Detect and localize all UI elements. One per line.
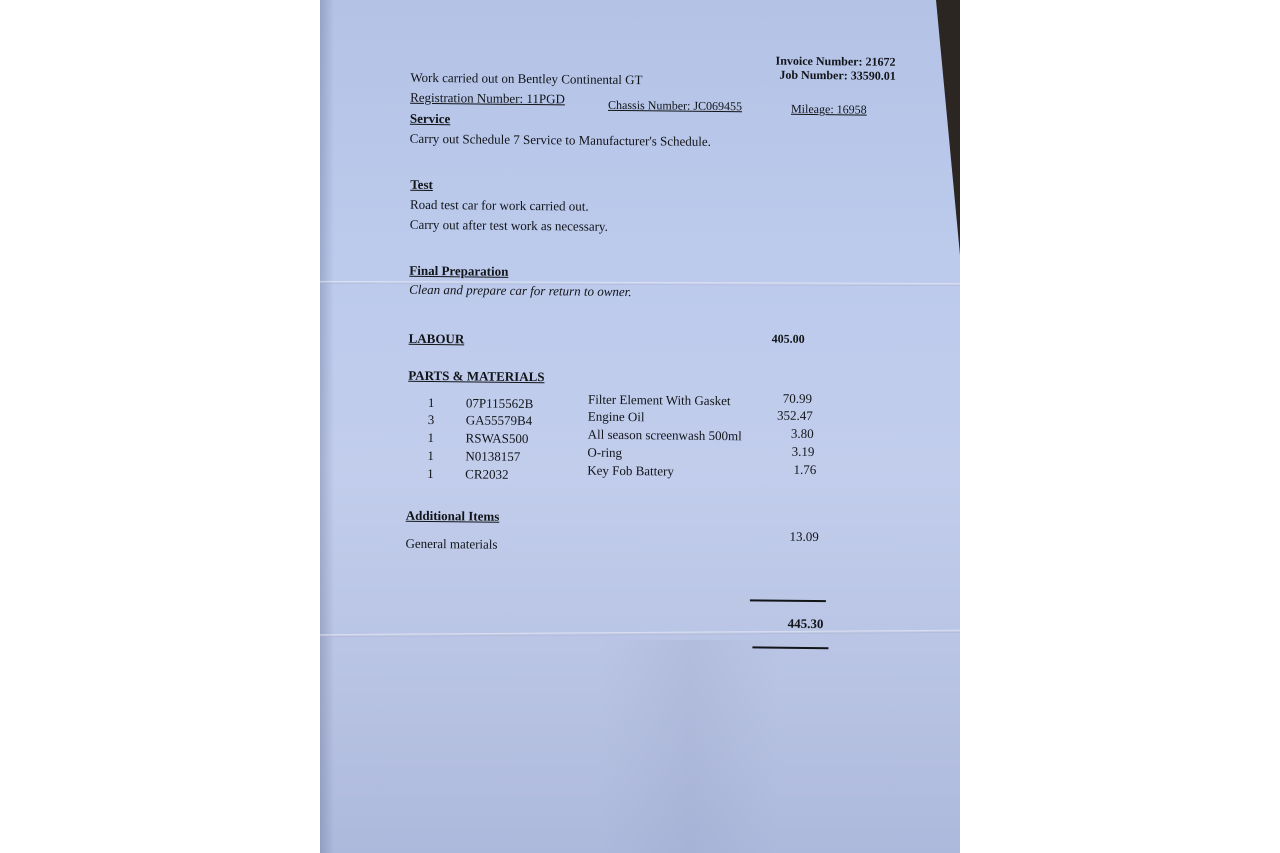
additional-item-description: General materials [405, 536, 497, 552]
total-rule-bottom [752, 646, 828, 649]
part-number: RSWAS500 [466, 430, 529, 446]
part-description: O-ring [587, 445, 622, 460]
parts-table: 107P115562BFilter Element With Gasket70.… [324, 0, 960, 4]
part-price: 1.76 [793, 462, 816, 477]
labour-heading: LABOUR [409, 331, 465, 347]
test-line: Road test car for work carried out. [410, 197, 589, 214]
part-number: 07P115562B [466, 395, 534, 411]
additional-item-price: 13.09 [790, 529, 819, 544]
part-price: 352.47 [777, 408, 813, 423]
service-line: Carry out Schedule 7 Service to Manufact… [410, 131, 711, 149]
part-price: 3.80 [791, 426, 814, 441]
part-number: CR2032 [465, 466, 508, 481]
part-description: All season screenwash 500ml [588, 427, 742, 444]
paper-sheet: Invoice Number: 21672 Job Number: 33590.… [320, 0, 960, 853]
part-description: Key Fob Battery [587, 463, 674, 479]
part-quantity: 1 [428, 395, 435, 410]
total-rule-top [750, 599, 826, 602]
part-price: 3.19 [792, 444, 815, 459]
additional-items-heading: Additional Items [406, 508, 500, 524]
part-number: GA55579B4 [466, 412, 533, 428]
work-carried-out-line: Work carried out on Bentley Continental … [410, 70, 642, 87]
chassis-number: Chassis Number: JC069455 [608, 98, 742, 114]
total-amount: 445.30 [788, 616, 824, 631]
job-number: Job Number: 33590.01 [779, 68, 895, 84]
part-number: N0138157 [465, 448, 520, 464]
service-heading: Service [410, 111, 451, 126]
test-line: Carry out after test work as necessary. [410, 217, 608, 234]
invoice-document: Invoice Number: 21672 Job Number: 33590.… [320, 0, 960, 853]
parts-heading: PARTS & MATERIALS [408, 368, 544, 384]
part-price: 70.99 [783, 391, 812, 406]
registration-number: Registration Number: 11PGD [410, 90, 565, 107]
mileage: Mileage: 16958 [791, 102, 867, 118]
labour-amount: 405.00 [772, 332, 805, 347]
test-heading: Test [410, 177, 433, 192]
part-quantity: 3 [428, 412, 435, 427]
final-preparation-line: Clean and prepare car for return to owne… [409, 282, 632, 299]
part-description: Filter Element With Gasket [588, 392, 731, 408]
part-description: Engine Oil [588, 409, 645, 425]
final-preparation-heading: Final Preparation [409, 263, 508, 279]
part-quantity: 1 [427, 448, 434, 463]
part-quantity: 1 [427, 466, 434, 481]
part-quantity: 1 [428, 430, 435, 445]
invoice-photo: Invoice Number: 21672 Job Number: 33590.… [320, 0, 960, 853]
